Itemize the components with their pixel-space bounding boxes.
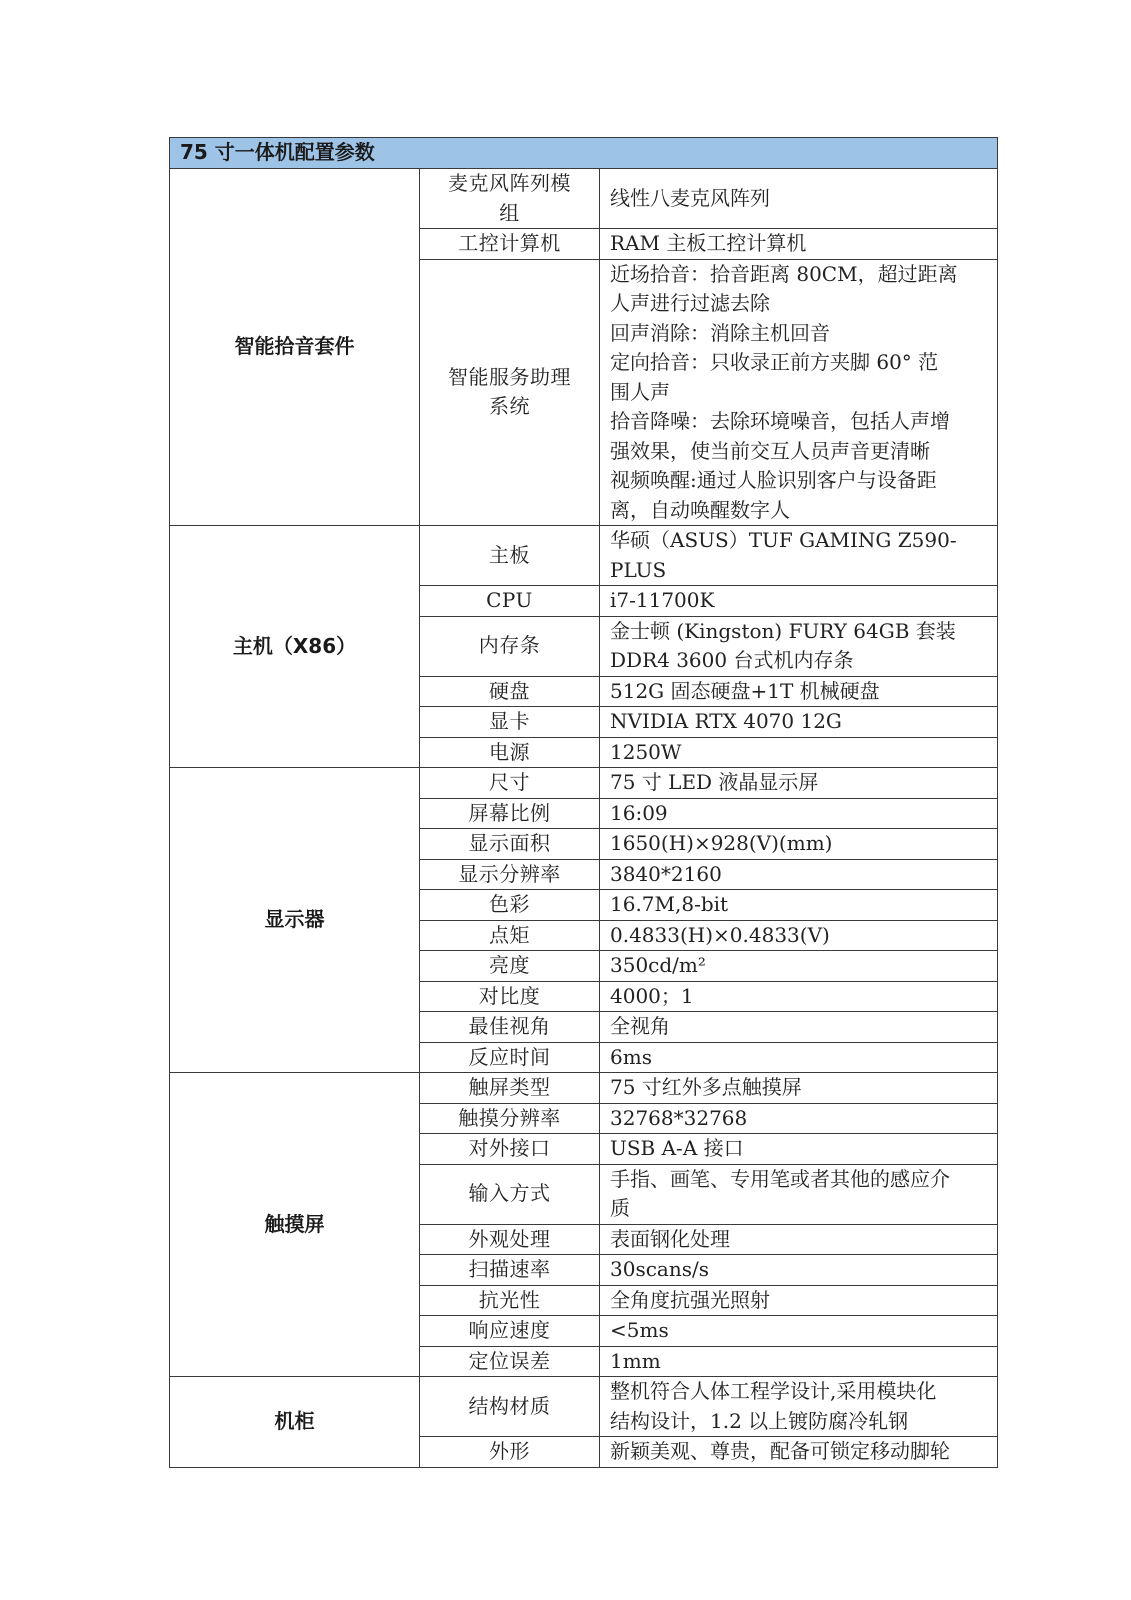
spec-key-cell: 对比度: [420, 981, 600, 1012]
spec-key-cell: 主板: [420, 526, 600, 586]
spec-value-line: 金士顿 (Kingston) FURY 64GB 套装: [610, 617, 987, 647]
spec-key-line: 对外接口: [430, 1134, 589, 1164]
spec-key-line: 系统: [430, 392, 589, 422]
category-cell: 主机（X86）: [170, 526, 420, 768]
spec-value-cell: 全角度抗强光照射: [600, 1285, 998, 1316]
spec-value-cell: 1250W: [600, 737, 998, 768]
spec-value-cell: 新颖美观、尊贵，配备可锁定移动脚轮: [600, 1437, 998, 1468]
spec-key-cell: CPU: [420, 586, 600, 617]
table-title: 75 寸一体机配置参数: [170, 138, 998, 169]
spec-value-line: 视频唤醒:通过人脸识别客户与设备距: [610, 466, 987, 496]
spec-value-line: 近场拾音：拾音距离 80CM，超过距离: [610, 260, 987, 290]
spec-key-line: 触摸分辨率: [430, 1104, 589, 1134]
spec-key-line: 色彩: [430, 890, 589, 920]
spec-value-line: 6ms: [610, 1043, 987, 1073]
spec-value-cell: 0.4833(H)×0.4833(V): [600, 920, 998, 951]
spec-key-line: 主板: [430, 541, 589, 571]
spec-key-line: 对比度: [430, 982, 589, 1012]
spec-key-line: 反应时间: [430, 1043, 589, 1073]
spec-value-line: 3840*2160: [610, 860, 987, 890]
spec-value-line: 32768*32768: [610, 1104, 987, 1134]
spec-key-cell: 触摸分辨率: [420, 1103, 600, 1134]
spec-value-line: 4000；1: [610, 982, 987, 1012]
spec-key-line: 组: [430, 199, 589, 229]
spec-value-line: 围人声: [610, 378, 987, 408]
spec-value-cell: 6ms: [600, 1042, 998, 1073]
category-cell: 智能拾音套件: [170, 169, 420, 526]
spec-key-line: 智能服务助理: [430, 363, 589, 393]
spec-value-line: i7-11700K: [610, 586, 987, 616]
spec-value-cell: 16:09: [600, 798, 998, 829]
spec-value-cell: 350cd/m²: [600, 951, 998, 982]
spec-value-cell: 512G 固态硬盘+1T 机械硬盘: [600, 676, 998, 707]
spec-key-cell: 亮度: [420, 951, 600, 982]
spec-key-line: 输入方式: [430, 1179, 589, 1209]
spec-value-cell: 3840*2160: [600, 859, 998, 890]
spec-value-cell: <5ms: [600, 1316, 998, 1347]
spec-value-line: 新颖美观、尊贵，配备可锁定移动脚轮: [610, 1437, 987, 1467]
spec-value-cell: 表面钢化处理: [600, 1224, 998, 1255]
spec-value-line: 全角度抗强光照射: [610, 1286, 987, 1316]
category-cell: 机柜: [170, 1377, 420, 1468]
spec-key-line: 点矩: [430, 921, 589, 951]
category-cell: 显示器: [170, 768, 420, 1073]
spec-value-cell: 4000；1: [600, 981, 998, 1012]
spec-value-cell: 华硕（ASUS）TUF GAMING Z590-PLUS: [600, 526, 998, 586]
spec-key-cell: 智能服务助理系统: [420, 259, 600, 526]
spec-value-cell: 近场拾音：拾音距离 80CM，超过距离人声进行过滤去除回声消除：消除主机回音定向…: [600, 259, 998, 526]
spec-key-cell: 对外接口: [420, 1134, 600, 1165]
spec-value-cell: 1650(H)×928(V)(mm): [600, 829, 998, 860]
spec-value-cell: USB A-A 接口: [600, 1134, 998, 1165]
spec-key-line: 电源: [430, 738, 589, 768]
spec-value-cell: 全视角: [600, 1012, 998, 1043]
spec-key-line: 显示面积: [430, 829, 589, 859]
spec-value-line: 1250W: [610, 738, 987, 768]
spec-key-cell: 点矩: [420, 920, 600, 951]
spec-key-cell: 触屏类型: [420, 1073, 600, 1104]
spec-value-cell: 金士顿 (Kingston) FURY 64GB 套装DDR4 3600 台式机…: [600, 616, 998, 676]
document-page: 75 寸一体机配置参数 智能拾音套件麦克风阵列模组线性八麦克风阵列工控计算机RA…: [0, 0, 1131, 1600]
spec-value-line: 离，自动唤醒数字人: [610, 496, 987, 526]
table-row: 智能拾音套件麦克风阵列模组线性八麦克风阵列: [170, 169, 998, 229]
spec-value-line: 30scans/s: [610, 1255, 987, 1285]
spec-key-cell: 显示分辨率: [420, 859, 600, 890]
spec-value-line: USB A-A 接口: [610, 1134, 987, 1164]
spec-value-line: 512G 固态硬盘+1T 机械硬盘: [610, 677, 987, 707]
spec-value-cell: 线性八麦克风阵列: [600, 169, 998, 229]
spec-key-cell: 扫描速率: [420, 1255, 600, 1286]
spec-value-line: 16:09: [610, 799, 987, 829]
spec-value-line: 0.4833(H)×0.4833(V): [610, 921, 987, 951]
spec-value-cell: NVIDIA RTX 4070 12G: [600, 707, 998, 738]
spec-value-line: 华硕（ASUS）TUF GAMING Z590-PLUS: [610, 526, 987, 585]
spec-key-line: 外观处理: [430, 1225, 589, 1255]
spec-key-cell: 抗光性: [420, 1285, 600, 1316]
spec-key-cell: 色彩: [420, 890, 600, 921]
spec-key-line: 响应速度: [430, 1316, 589, 1346]
spec-value-line: 1mm: [610, 1347, 987, 1377]
spec-value-line: 回声消除：消除主机回音: [610, 319, 987, 349]
spec-key-line: 麦克风阵列模: [430, 169, 589, 199]
spec-value-line: DDR4 3600 台式机内存条: [610, 646, 987, 676]
spec-key-line: 显示分辨率: [430, 860, 589, 890]
spec-key-cell: 麦克风阵列模组: [420, 169, 600, 229]
spec-value-cell: 整机符合人体工程学设计,采用模块化结构设计，1.2 以上镀防腐冷轧钢: [600, 1377, 998, 1437]
category-cell: 触摸屏: [170, 1073, 420, 1377]
spec-value-line: 线性八麦克风阵列: [610, 184, 987, 214]
table-row: 显示器尺寸75 寸 LED 液晶显示屏: [170, 768, 998, 799]
spec-key-cell: 显示面积: [420, 829, 600, 860]
spec-value-line: 1650(H)×928(V)(mm): [610, 829, 987, 859]
spec-key-line: 硬盘: [430, 677, 589, 707]
spec-key-cell: 内存条: [420, 616, 600, 676]
spec-value-line: 拾音降噪：去除环境噪音，包括人声增: [610, 407, 987, 437]
spec-key-cell: 输入方式: [420, 1164, 600, 1224]
spec-key-line: 扫描速率: [430, 1255, 589, 1285]
spec-key-line: 抗光性: [430, 1286, 589, 1316]
spec-value-line: 定向拾音：只收录正前方夹脚 60° 范: [610, 348, 987, 378]
spec-key-cell: 外观处理: [420, 1224, 600, 1255]
table-row: 机柜结构材质整机符合人体工程学设计,采用模块化结构设计，1.2 以上镀防腐冷轧钢: [170, 1377, 998, 1437]
spec-value-cell: 16.7M,8-bit: [600, 890, 998, 921]
spec-key-cell: 硬盘: [420, 676, 600, 707]
spec-key-line: 尺寸: [430, 768, 589, 798]
spec-key-cell: 结构材质: [420, 1377, 600, 1437]
spec-value-line: RAM 主板工控计算机: [610, 229, 987, 259]
spec-value-cell: 75 寸 LED 液晶显示屏: [600, 768, 998, 799]
spec-key-cell: 尺寸: [420, 768, 600, 799]
spec-key-cell: 响应速度: [420, 1316, 600, 1347]
spec-key-cell: 外形: [420, 1437, 600, 1468]
spec-key-line: 工控计算机: [430, 229, 589, 259]
spec-key-line: 触屏类型: [430, 1073, 589, 1103]
spec-value-cell: RAM 主板工控计算机: [600, 229, 998, 260]
spec-key-line: 屏幕比例: [430, 799, 589, 829]
table-row: 触摸屏触屏类型75 寸红外多点触摸屏: [170, 1073, 998, 1104]
spec-key-cell: 最佳视角: [420, 1012, 600, 1043]
spec-key-cell: 显卡: [420, 707, 600, 738]
spec-value-line: 质: [610, 1194, 987, 1224]
spec-value-line: 16.7M,8-bit: [610, 890, 987, 920]
spec-value-line: 结构设计，1.2 以上镀防腐冷轧钢: [610, 1407, 987, 1437]
spec-key-cell: 定位误差: [420, 1346, 600, 1377]
spec-value-cell: 手指、画笔、专用笔或者其他的感应介质: [600, 1164, 998, 1224]
spec-key-line: 最佳视角: [430, 1012, 589, 1042]
spec-value-cell: 32768*32768: [600, 1103, 998, 1134]
spec-key-cell: 工控计算机: [420, 229, 600, 260]
spec-key-line: 结构材质: [430, 1392, 589, 1422]
spec-value-cell: i7-11700K: [600, 586, 998, 617]
spec-value-line: 75 寸 LED 液晶显示屏: [610, 768, 987, 798]
spec-value-line: 75 寸红外多点触摸屏: [610, 1073, 987, 1103]
spec-value-line: <5ms: [610, 1316, 987, 1346]
config-spec-table: 75 寸一体机配置参数 智能拾音套件麦克风阵列模组线性八麦克风阵列工控计算机RA…: [169, 137, 998, 1468]
spec-value-line: 表面钢化处理: [610, 1225, 987, 1255]
spec-key-cell: 屏幕比例: [420, 798, 600, 829]
spec-value-cell: 1mm: [600, 1346, 998, 1377]
table-row: 主机（X86）主板华硕（ASUS）TUF GAMING Z590-PLUS: [170, 526, 998, 586]
spec-value-line: 整机符合人体工程学设计,采用模块化: [610, 1377, 987, 1407]
spec-value-line: 人声进行过滤去除: [610, 289, 987, 319]
spec-key-cell: 反应时间: [420, 1042, 600, 1073]
table-title-row: 75 寸一体机配置参数: [170, 138, 998, 169]
spec-value-line: 350cd/m²: [610, 951, 987, 981]
spec-value-line: 手指、画笔、专用笔或者其他的感应介: [610, 1165, 987, 1195]
spec-key-line: 外形: [430, 1437, 589, 1467]
spec-value-cell: 75 寸红外多点触摸屏: [600, 1073, 998, 1104]
spec-key-line: 亮度: [430, 951, 589, 981]
spec-key-line: CPU: [430, 586, 589, 616]
spec-value-cell: 30scans/s: [600, 1255, 998, 1286]
spec-key-line: 内存条: [430, 631, 589, 661]
spec-key-cell: 电源: [420, 737, 600, 768]
spec-value-line: 全视角: [610, 1012, 987, 1042]
spec-key-line: 定位误差: [430, 1347, 589, 1377]
spec-value-line: NVIDIA RTX 4070 12G: [610, 707, 987, 737]
spec-value-line: 强效果，使当前交互人员声音更清晰: [610, 437, 987, 467]
spec-key-line: 显卡: [430, 707, 589, 737]
